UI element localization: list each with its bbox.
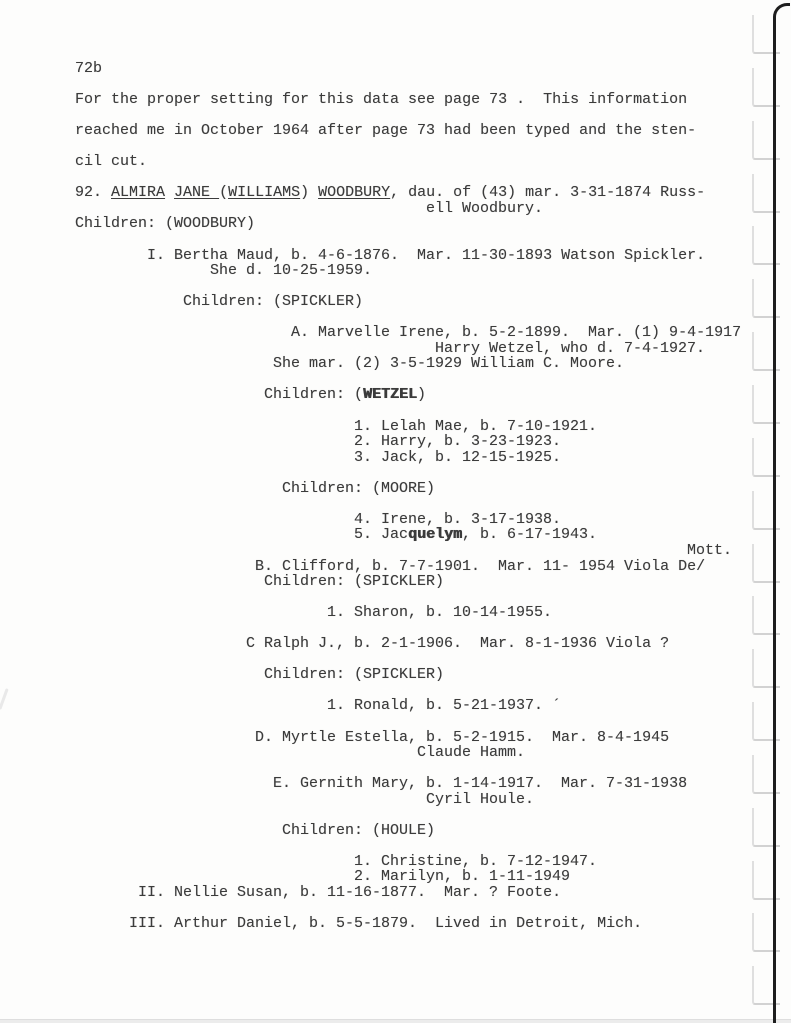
overstruck-text: WETZEL [363,386,417,403]
text-line: 1. Lelah Mae, b. 7-10-1921. [75,419,741,435]
text-segment: E. Gernith Mary, b. 1-14-1917. Mar. 7-31… [273,775,687,792]
text-line: 1. Christine, b. 7-12-1947. [75,854,741,870]
text-segment: B. Clifford, b. 7-7-1901. Mar. 11- 1954 … [255,558,705,575]
text-line: C Ralph J., b. 2-1-1906. Mar. 8-1-1936 V… [75,636,741,652]
blank-line [75,761,741,777]
blank-line [75,310,741,326]
text-line: She d. 10-25-1959. [75,263,741,279]
text-segment: D. Myrtle Estella, b. 5-2-1915. Mar. 8-4… [255,729,669,746]
text-segment: C Ralph J., b. 2-1-1906. Mar. 8-1-1936 V… [246,635,669,652]
text-line: Children: (MOORE) [75,481,741,497]
text-segment: 1. Sharon, b. 10-14-1955. [327,604,552,621]
text-segment: Children: (SPICKLER) [264,573,444,590]
text-segment: 1. Lelah Mae, b. 7-10-1921. [354,418,597,435]
text-line: reached me in October 1964 after page 73… [75,123,741,139]
text-segment: Children: (MOORE) [282,480,435,497]
text-segment: Harry Wetzel, who d. 7-4-1927. [435,340,705,357]
text-line: B. Clifford, b. 7-7-1901. Mar. 11- 1954 … [75,559,741,575]
text-segment: A. Marvelle Irene, b. 5-2-1899. Mar. (1)… [291,324,741,341]
blank-line [75,279,741,295]
text-line: Children: (WOODBURY) [75,216,741,232]
text-line: Mott. [75,543,741,559]
blank-line [75,496,741,512]
text-line: Harry Wetzel, who d. 7-4-1927. [75,341,741,357]
text-line: ell Woodbury. [75,201,741,217]
text-line: Cyril Houle. [75,792,741,808]
blank-line [75,838,741,854]
blank-line [75,621,741,637]
text-line: Children: (WETZEL) [75,387,741,403]
blank-line [75,232,741,248]
text-segment: II. Nellie Susan, b. 11-16-1877. Mar. ? … [138,884,561,901]
underlined-name: WOODBURY [318,184,390,201]
blank-line [75,403,741,419]
text-segment: reached me in October 1964 after page 73… [75,122,696,139]
blank-line [75,372,741,388]
text-segment: Cyril Houle. [426,791,534,808]
text-segment: Children: (SPICKLER) [264,666,444,683]
underlined-name: ALMIRA [111,184,165,201]
blank-line [75,590,741,606]
text-segment: Children: (HOULE) [282,822,435,839]
text-line: 92. ALMIRA JANE (WILLIAMS) WOODBURY, dau… [75,185,741,201]
text-segment: 1. Ronald, b. 5-21-1937. ´ [327,697,561,714]
text-line: Children: (HOULE) [75,823,741,839]
overstruck-text: quelym [408,526,462,543]
text-line: For the proper setting for this data see… [75,92,741,108]
text-segment: 72b [75,60,102,77]
underlined-name: WILLIAMS [228,184,300,201]
page-bottom-edge [0,1019,791,1023]
text-line: 2. Marilyn, b. 1-11-1949 [75,869,741,885]
underlined-name: JANE [174,184,219,201]
blank-line [75,714,741,730]
text-segment [165,184,174,201]
text-line: 5. Jacquelym, b. 6-17-1943. [75,527,741,543]
text-segment: cil cut. [75,153,147,170]
text-line: 4. Irene, b. 3-17-1938. [75,512,741,528]
text-segment: She d. 10-25-1959. [210,262,372,279]
blank-line [75,807,741,823]
text-line: 72b [75,61,741,77]
text-segment: Mott. [687,542,732,559]
text-segment: 3. Jack, b. 12-15-1925. [354,449,561,466]
text-line: I. Bertha Maud, b. 4-6-1876. Mar. 11-30-… [75,248,741,264]
blank-line [75,77,741,93]
text-line: She mar. (2) 3-5-1929 William C. Moore. [75,356,741,372]
text-segment: ) [417,386,426,403]
text-segment: Children: (SPICKLER) [183,293,363,310]
text-segment: III. Arthur Daniel, b. 5-5-1879. Lived i… [129,915,642,932]
text-segment: , dau. of (43) mar. 3-31-1874 Russ- [390,184,705,201]
text-line: E. Gernith Mary, b. 1-14-1917. Mar. 7-31… [75,776,741,792]
text-segment: I. Bertha Maud, b. 4-6-1876. Mar. 11-30-… [147,247,705,264]
text-segment: 2. Marilyn, b. 1-11-1949 [354,868,570,885]
page-edge-shadow [773,3,790,1023]
blank-line [75,683,741,699]
text-segment: For the proper setting for this data see… [75,91,687,108]
blank-line [75,901,741,917]
text-line: Children: (SPICKLER) [75,294,741,310]
text-segment: Claude Hamm. [417,744,525,761]
text-line: cil cut. [75,154,741,170]
text-line: Children: (SPICKLER) [75,574,741,590]
scan-smudge [0,688,9,710]
text-segment: 92. [75,184,111,201]
text-segment: 2. Harry, b. 3-23-1923. [354,433,561,450]
blank-line [75,170,741,186]
text-segment: She mar. (2) 3-5-1929 William C. Moore. [273,355,624,372]
text-segment: ( [219,184,228,201]
text-line: A. Marvelle Irene, b. 5-2-1899. Mar. (1)… [75,325,741,341]
text-segment: Children: (WOODBURY) [75,215,255,232]
text-line: D. Myrtle Estella, b. 5-2-1915. Mar. 8-4… [75,730,741,746]
text-line: 1. Ronald, b. 5-21-1937. ´ [75,698,741,714]
text-segment: , b. 6-17-1943. [462,526,597,543]
text-line: 2. Harry, b. 3-23-1923. [75,434,741,450]
typewritten-text-block: 72b For the proper setting for this data… [75,61,741,932]
text-segment: ) [300,184,318,201]
text-line: II. Nellie Susan, b. 11-16-1877. Mar. ? … [75,885,741,901]
text-segment: 5. Jac [354,526,408,543]
text-segment: 4. Irene, b. 3-17-1938. [354,511,561,528]
blank-line [75,652,741,668]
text-segment: ell Woodbury. [426,200,543,217]
text-line: III. Arthur Daniel, b. 5-5-1879. Lived i… [75,916,741,932]
scanned-genealogy-page: 72b For the proper setting for this data… [0,0,791,1023]
blank-line [75,465,741,481]
text-segment: Children: ( [264,386,363,403]
text-line: 1. Sharon, b. 10-14-1955. [75,605,741,621]
text-line: Claude Hamm. [75,745,741,761]
text-line: Children: (SPICKLER) [75,667,741,683]
blank-line [75,108,741,124]
text-segment: 1. Christine, b. 7-12-1947. [354,853,597,870]
text-line: 3. Jack, b. 12-15-1925. [75,450,741,466]
blank-line [75,139,741,155]
